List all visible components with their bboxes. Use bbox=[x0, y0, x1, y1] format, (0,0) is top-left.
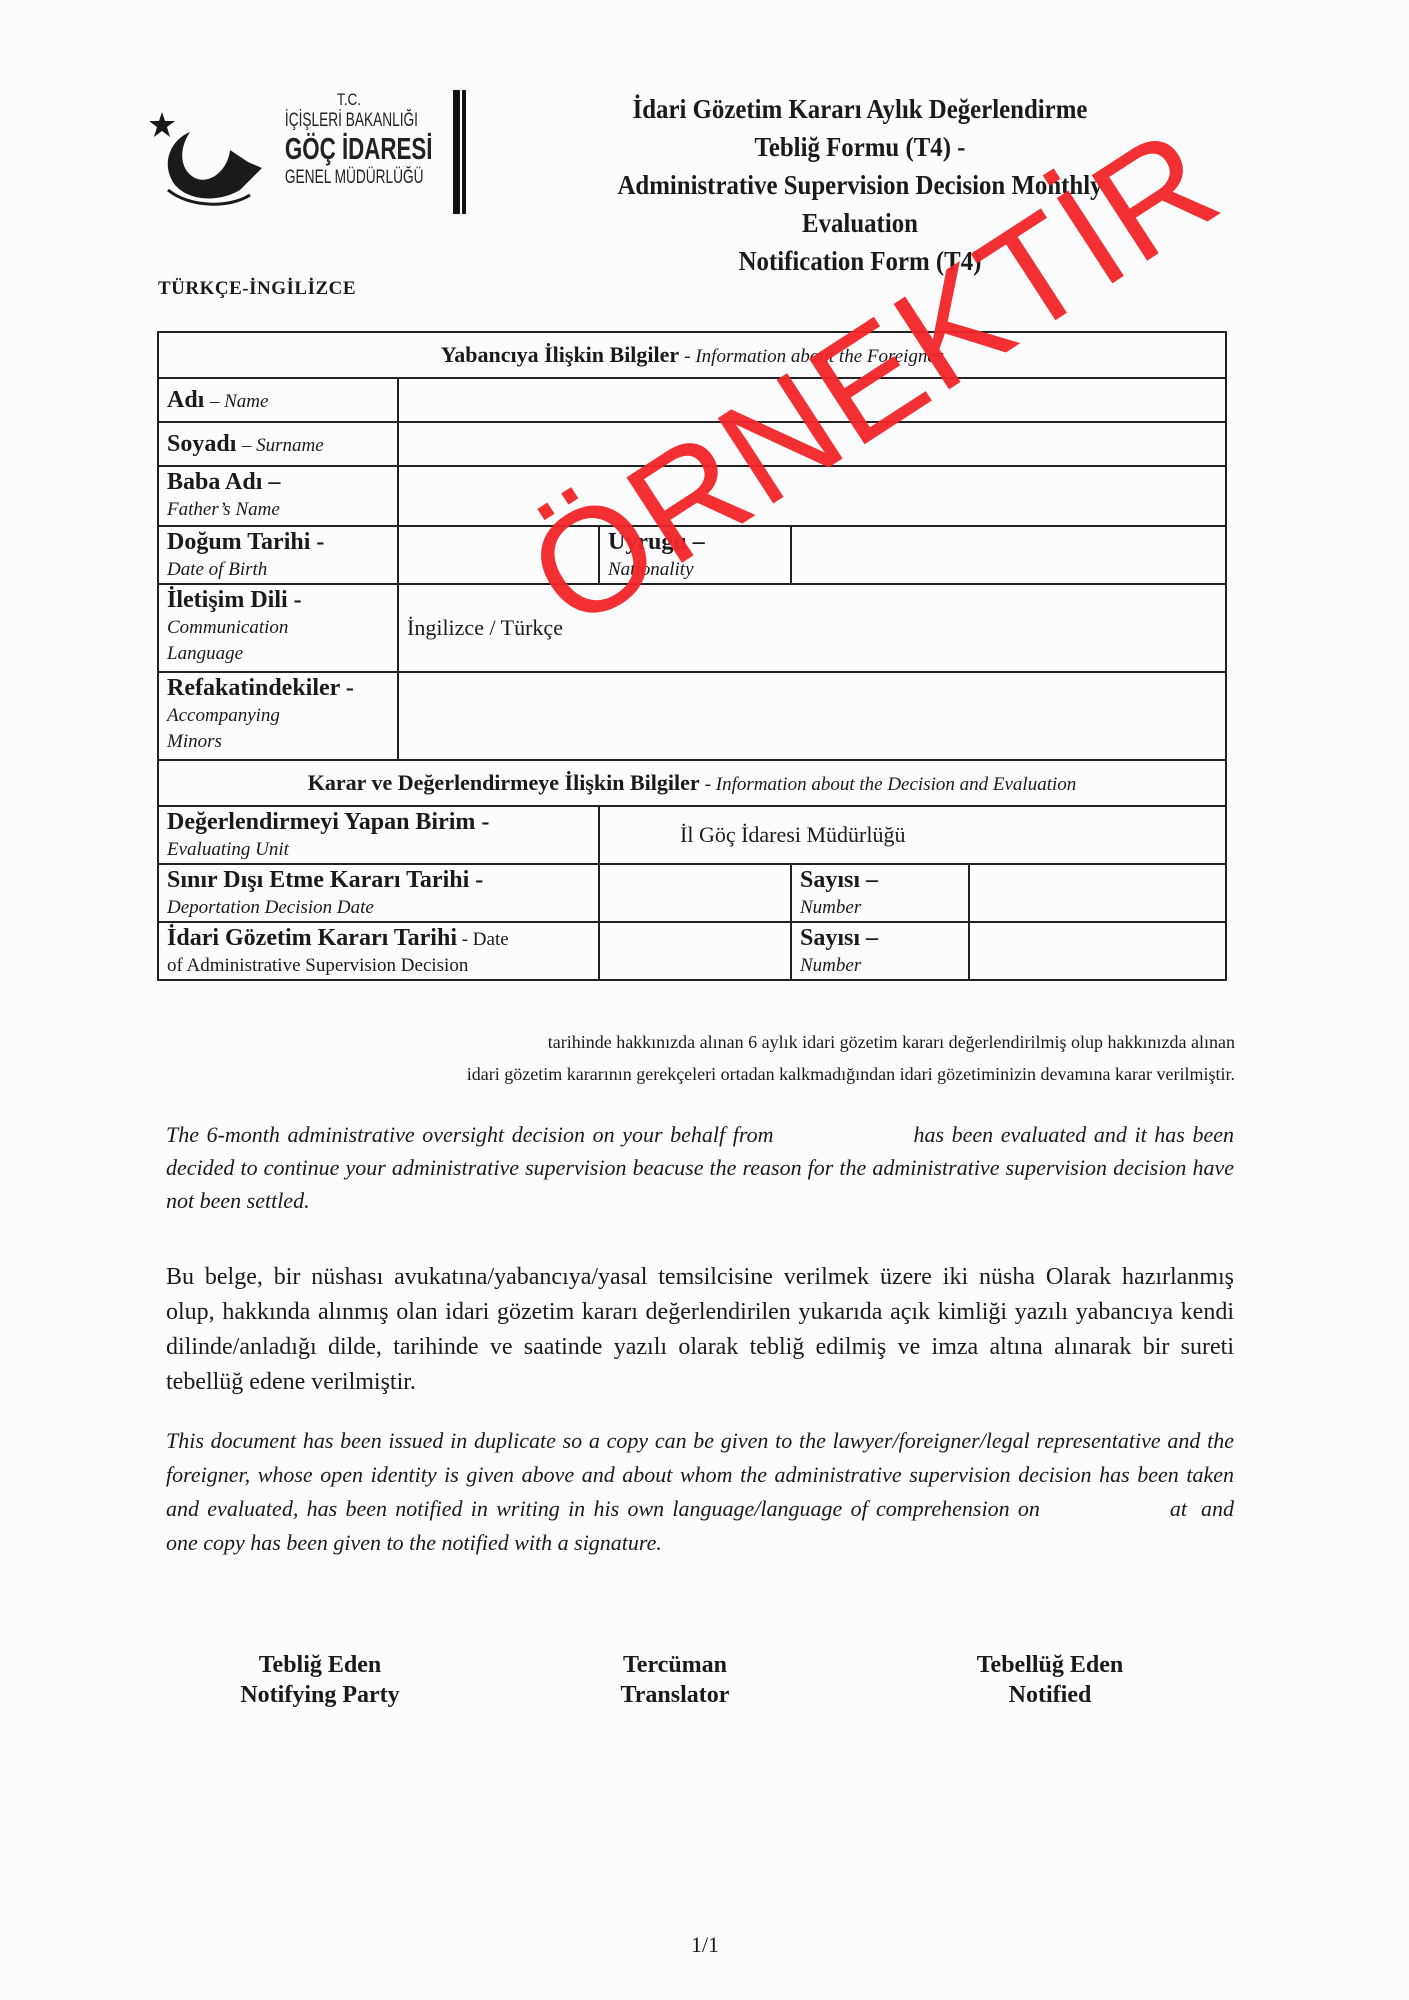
nationality-label: Uyruğu – Nationality bbox=[599, 526, 791, 584]
deportation-date-field[interactable] bbox=[599, 864, 791, 922]
label-suffix: - Date bbox=[457, 929, 509, 950]
signature-label-en: Translator bbox=[545, 1680, 805, 1710]
section-header-foreigner: Yabancıya İlişkin Bilgiler - Information… bbox=[158, 332, 1226, 378]
label-tr: Sayısı – bbox=[800, 867, 960, 893]
paragraph-line: tarihinde hakkınızda alınan 6 aylık idar… bbox=[160, 1026, 1235, 1058]
logo-line-agency: GÖÇ İDARESİ bbox=[285, 131, 413, 167]
paragraph-text: The 6-month administrative oversight dec… bbox=[166, 1122, 773, 1147]
admin-supervision-date-field[interactable] bbox=[599, 922, 791, 980]
signature-translator: Tercüman Translator bbox=[545, 1650, 805, 1710]
logo-line-directorate: GENEL MÜDÜRLÜĞÜ bbox=[285, 167, 413, 189]
paragraph-line: idari gözetim kararının gerekçeleri orta… bbox=[160, 1058, 1235, 1090]
paragraph-text: at bbox=[1170, 1496, 1187, 1521]
label-en: of Administrative Supervision Decision bbox=[167, 955, 468, 976]
evaluating-unit-label: Değerlendirmeyi Yapan Birim - Evaluating… bbox=[158, 806, 599, 864]
signature-label-tr: Tebellüğ Eden bbox=[920, 1650, 1180, 1680]
form-table: Yabancıya İlişkin Bilgiler - Information… bbox=[157, 331, 1227, 981]
label-en: Minors bbox=[167, 731, 222, 752]
title-line: Evaluation bbox=[547, 204, 1173, 242]
label-tr: Sınır Dışı Etme Kararı Tarihi - bbox=[167, 867, 590, 893]
label-en: Language bbox=[167, 643, 243, 664]
label-en: – Surname bbox=[242, 435, 324, 456]
label-en: Date of Birth bbox=[167, 559, 267, 580]
surname-field[interactable] bbox=[398, 422, 1226, 466]
section-header-decision: Karar ve Değerlendirmeye İlişkin Bilgile… bbox=[158, 760, 1226, 806]
label-tr: Uyruğu – bbox=[608, 529, 782, 555]
form-title: İdari Gözetim Kararı Aylık Değerlendirme… bbox=[520, 90, 1200, 280]
accompanying-minors-field[interactable] bbox=[398, 672, 1226, 760]
evaluation-statement-en: The 6-month administrative oversight dec… bbox=[166, 1118, 1234, 1217]
title-line: Administrative Supervision Decision Mont… bbox=[547, 166, 1173, 204]
name-label: Adı – Name bbox=[158, 378, 398, 422]
label-tr: Soyadı bbox=[167, 431, 236, 457]
signature-label-en: Notified bbox=[920, 1680, 1180, 1710]
label-en: Number bbox=[800, 897, 861, 918]
father-name-field[interactable] bbox=[398, 466, 1226, 526]
date-of-birth-label: Doğum Tarihi - Date of Birth bbox=[158, 526, 398, 584]
communication-language-field[interactable]: İngilizce / Türkçe bbox=[398, 584, 1226, 672]
paragraph-text: This document has been issued in duplica… bbox=[166, 1428, 1234, 1521]
logo-line-ministry: İÇİŞLERİ BAKANLIĞI bbox=[285, 110, 413, 132]
label-tr: Baba Adı – bbox=[167, 469, 389, 495]
label-tr: İdari Gözetim Kararı Tarihi bbox=[167, 925, 457, 951]
notification-statement-en: This document has been issued in duplica… bbox=[166, 1424, 1234, 1560]
admin-supervision-date-label: İdari Gözetim Kararı Tarihi - Date of Ad… bbox=[158, 922, 599, 980]
label-tr: Adı bbox=[167, 387, 204, 413]
logo-divider-bars bbox=[453, 90, 467, 214]
label-en: – Name bbox=[210, 391, 269, 412]
signature-label-tr: Tercüman bbox=[545, 1650, 805, 1680]
label-en: Deportation Decision Date bbox=[167, 897, 374, 918]
star-crescent-bird-icon bbox=[150, 110, 268, 208]
nationality-field[interactable] bbox=[791, 526, 1226, 584]
label-en: Number bbox=[800, 955, 861, 976]
evaluating-unit-field[interactable]: İl Göç İdaresi Müdürlüğü bbox=[599, 806, 1226, 864]
evaluation-statement-tr: tarihinde hakkınızda alınan 6 aylık idar… bbox=[160, 1026, 1235, 1090]
label-tr: Doğum Tarihi - bbox=[167, 529, 389, 555]
deportation-number-label: Sayısı – Number bbox=[791, 864, 969, 922]
section-title-en: - Information about the Foreigner bbox=[684, 346, 943, 367]
label-tr: İletişim Dili - bbox=[167, 587, 389, 613]
language-label: TÜRKÇE-İNGİLİZCE bbox=[158, 278, 356, 300]
deportation-number-field[interactable] bbox=[969, 864, 1226, 922]
date-of-birth-field[interactable] bbox=[398, 526, 599, 584]
signature-notified: Tebellüğ Eden Notified bbox=[920, 1650, 1180, 1710]
notification-statement-tr: Bu belge, bir nüshası avukatına/yabancıy… bbox=[166, 1260, 1234, 1400]
page-number: 1/1 bbox=[660, 1932, 750, 1958]
label-tr: Refakatindekiler - bbox=[167, 675, 389, 701]
section-title-en: - Information about the Decision and Eva… bbox=[705, 774, 1077, 795]
ministry-logo-text: T.C. İÇİŞLERİ BAKANLIĞI GÖÇ İDARESİ GENE… bbox=[260, 90, 438, 189]
signature-label-tr: Tebliğ Eden bbox=[190, 1650, 450, 1680]
title-line: Notification Form (T4) bbox=[547, 242, 1173, 280]
label-en: Communication bbox=[167, 617, 288, 638]
name-field[interactable] bbox=[398, 378, 1226, 422]
deportation-date-label: Sınır Dışı Etme Kararı Tarihi - Deportat… bbox=[158, 864, 599, 922]
label-en: Father’s Name bbox=[167, 499, 280, 520]
admin-supervision-number-label: Sayısı – Number bbox=[791, 922, 969, 980]
label-en: Nationality bbox=[608, 559, 694, 580]
admin-supervision-number-field[interactable] bbox=[969, 922, 1226, 980]
surname-label: Soyadı – Surname bbox=[158, 422, 398, 466]
title-line: İdari Gözetim Kararı Aylık Değerlendirme bbox=[547, 90, 1173, 128]
label-en: Evaluating Unit bbox=[167, 839, 289, 860]
accompanying-minors-label: Refakatindekiler - Accompanying Minors bbox=[158, 672, 398, 760]
signature-notifying-party: Tebliğ Eden Notifying Party bbox=[190, 1650, 450, 1710]
signature-label-en: Notifying Party bbox=[190, 1680, 450, 1710]
label-en: Accompanying bbox=[167, 705, 280, 726]
logo-line-tc: T.C. bbox=[278, 90, 420, 110]
label-tr: Sayısı – bbox=[800, 925, 960, 951]
title-line: Tebliğ Formu (T4) - bbox=[547, 128, 1173, 166]
label-tr: Değerlendirmeyi Yapan Birim - bbox=[167, 809, 590, 835]
section-title-tr: Yabancıya İlişkin Bilgiler bbox=[441, 342, 679, 367]
father-name-label: Baba Adı – Father’s Name bbox=[158, 466, 398, 526]
section-title-tr: Karar ve Değerlendirmeye İlişkin Bilgile… bbox=[308, 770, 699, 795]
communication-language-label: İletişim Dili - Communication Language bbox=[158, 584, 398, 672]
